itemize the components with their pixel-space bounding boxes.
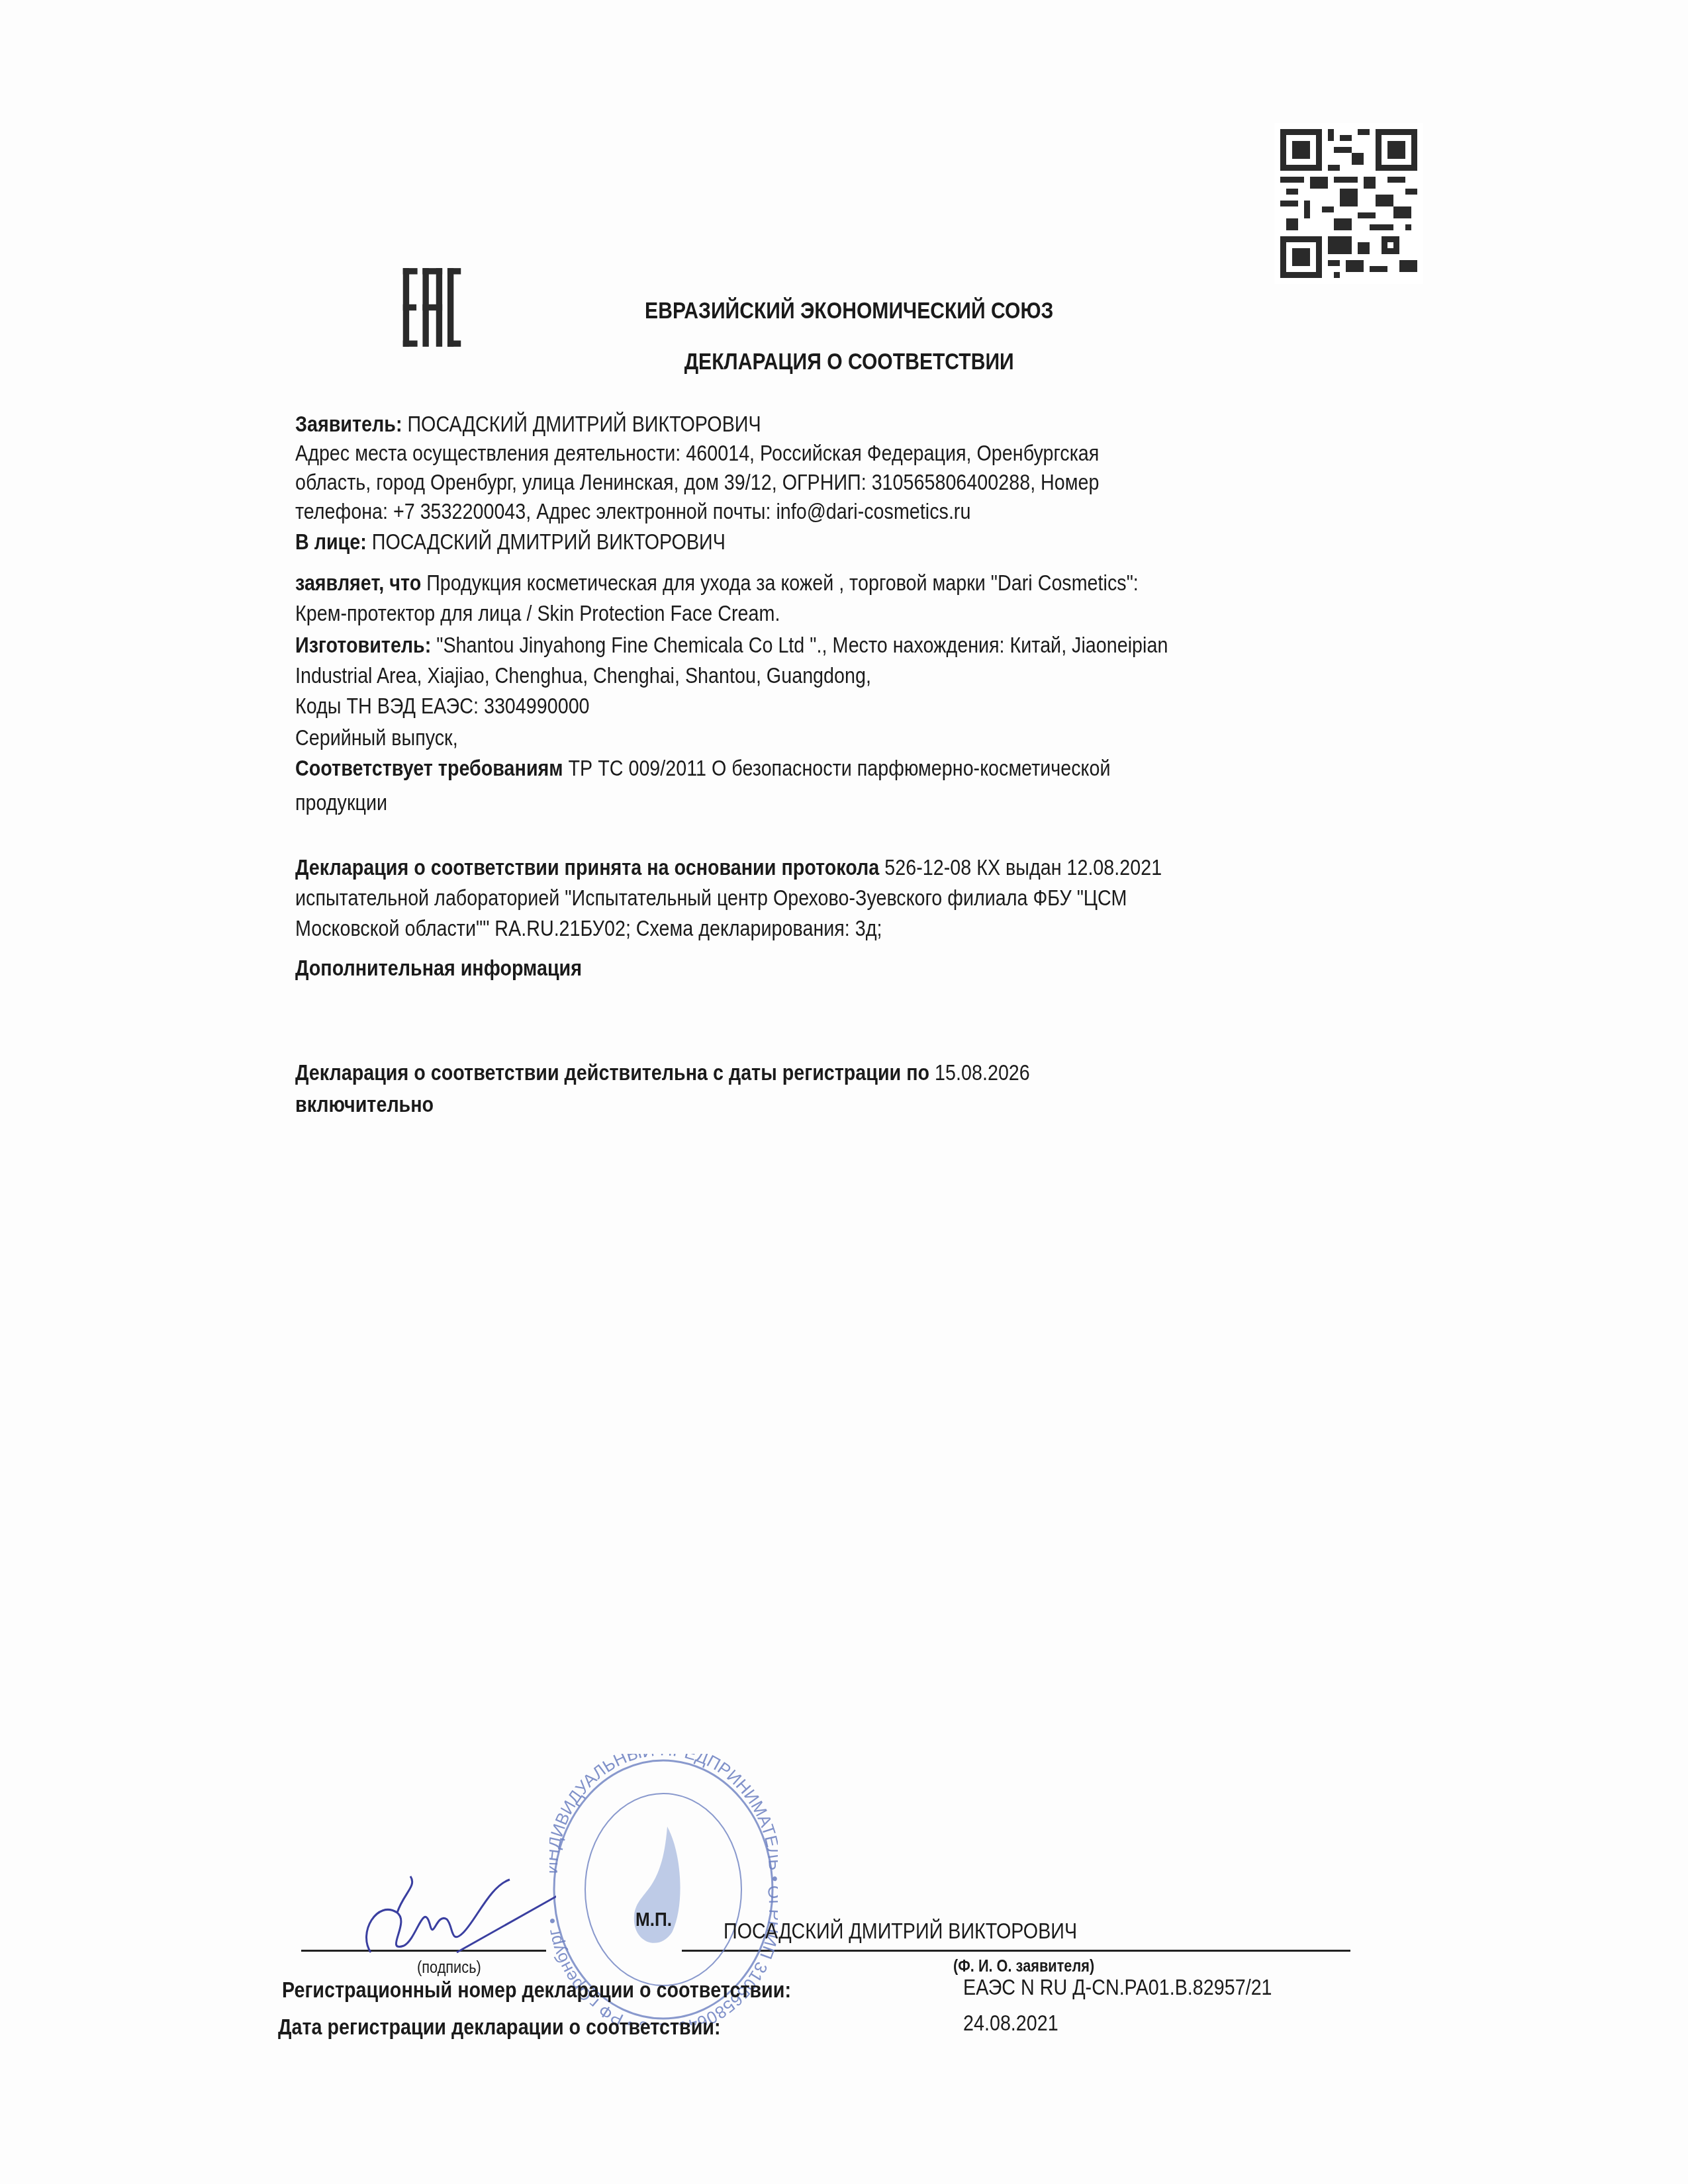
validity-line: Декларация о соответствии действительна …	[295, 1058, 1228, 1088]
declares-label: заявляет, что	[295, 570, 421, 595]
compliance-line: Соответствует требованиям ТР ТС 009/2011…	[295, 753, 1228, 784]
manufacturer-name: "Shantou Jinyahong Fine Chemicala Co Ltd…	[431, 633, 1168, 657]
protocol-number: 526-12-08 КХ выдан 12.08.2021	[879, 855, 1162, 880]
basis-line-3: Московской области"" RA.RU.21БУ02; Схема…	[295, 913, 1228, 944]
represented-name: ПОСАДСКИЙ ДМИТРИЙ ВИКТОРОВИЧ	[367, 529, 726, 554]
validity-label: Декларация о соответствии действительна …	[295, 1060, 929, 1085]
address-line-3: телефона: +7 3532200043, Адрес электронн…	[295, 496, 1228, 527]
declaration-page: ЕВРАЗИЙСКИЙ ЭКОНОМИЧЕСКИЙ СОЮЗ ДЕКЛАРАЦИ…	[0, 0, 1688, 2184]
represented-line: В лице: ПОСАДСКИЙ ДМИТРИЙ ВИКТОРОВИЧ	[295, 527, 1228, 557]
validity-date: 15.08.2026	[929, 1060, 1030, 1085]
address-line-1: Адрес места осуществления деятельности: …	[295, 438, 1228, 469]
manufacturer-address: Industrial Area, Xiajiao, Chenghua, Chen…	[295, 660, 1228, 691]
additional-info-heading: Дополнительная информация	[295, 953, 1228, 983]
basis-line-2: испытательной лабораторией "Испытательны…	[295, 883, 1228, 913]
product-name: Крем-протектор для лица / Skin Protectio…	[295, 598, 1228, 629]
document-title: ДЕКЛАРАЦИЯ О СООТВЕТСТВИИ	[123, 349, 1575, 375]
signatory-name: ПОСАДСКИЙ ДМИТРИЙ ВИКТОРОВИЧ	[724, 1916, 1656, 1946]
basis-line: Декларация о соответствии принята на осн…	[295, 852, 1228, 883]
declares-line: заявляет, что Продукция косметическая дл…	[295, 568, 1228, 598]
signature-scribble	[357, 1873, 556, 1966]
manufacturer-line: Изготовитель: "Shantou Jinyahong Fine Ch…	[295, 630, 1228, 660]
compliance-label: Соответствует требованиям	[295, 756, 563, 780]
union-heading: ЕВРАЗИЙСКИЙ ЭКОНОМИЧЕСКИЙ СОЮЗ	[123, 298, 1575, 324]
hs-codes: Коды ТН ВЭД ЕАЭС: 3304990000	[295, 691, 1228, 721]
applicant-name: ПОСАДСКИЙ ДМИТРИЙ ВИКТОРОВИЧ	[402, 412, 761, 436]
product-description: Продукция косметическая для ухода за кож…	[421, 570, 1139, 595]
registration-date: 24.08.2021	[963, 2008, 1688, 2038]
qr-code-icon	[1274, 122, 1423, 285]
address-line-2: область, город Оренбург, улица Ленинская…	[295, 467, 1228, 498]
applicant-label: Заявитель:	[295, 412, 402, 436]
basis-label: Декларация о соответствии принята на осн…	[295, 855, 879, 880]
compliance-standard: ТР ТС 009/2011 О безопасности парфюмерно…	[563, 756, 1111, 780]
represented-label: В лице:	[295, 529, 367, 554]
serial-release: Серийный выпуск,	[295, 723, 1228, 753]
manufacturer-label: Изготовитель:	[295, 633, 431, 657]
applicant-line: Заявитель: ПОСАДСКИЙ ДМИТРИЙ ВИКТОРОВИЧ	[295, 409, 1228, 439]
compliance-line-2: продукции	[295, 788, 1228, 818]
registration-number: ЕАЭС N RU Д-CN.PA01.B.82957/21	[963, 1972, 1688, 2003]
validity-line-2: включительно	[295, 1089, 1228, 1120]
